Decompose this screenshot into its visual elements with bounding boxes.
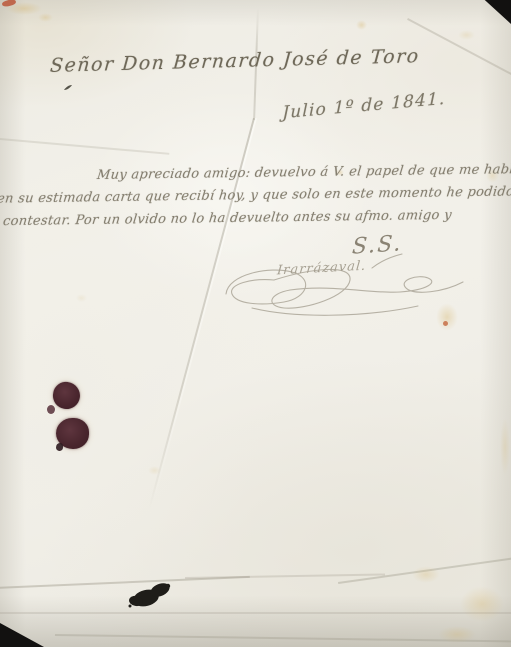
- crease-line: [0, 612, 511, 614]
- wax-seal-dot: [47, 405, 55, 414]
- background-corner: [0, 623, 44, 647]
- stain: [438, 626, 476, 643]
- stain: [356, 20, 367, 30]
- stain: [148, 466, 161, 475]
- body-line: Muy apreciado amigo: devuelvo á V. el pa…: [96, 162, 511, 183]
- crease-line: [185, 574, 385, 579]
- stain: [458, 30, 475, 40]
- body-line: contestar. Por un olvido no lo ha devuel…: [2, 208, 452, 229]
- wax-seal: [51, 380, 81, 410]
- salutation-line: Señor Don Bernardo José de Toro: [49, 45, 420, 77]
- wax-seal-speck: [56, 443, 63, 451]
- background-corner: [479, 0, 511, 24]
- stain: [76, 294, 87, 302]
- stain: [412, 566, 440, 583]
- letter-page: Señor Don Bernardo José de Toro Julio 1º…: [0, 0, 511, 647]
- crease-line: [0, 138, 169, 154]
- crease-line: [407, 18, 511, 76]
- letter-photo: Señor Don Bernardo José de Toro Julio 1º…: [0, 0, 511, 647]
- signature-flourish-icon: [222, 250, 467, 322]
- date-line: Julio 1º de 1841.: [282, 89, 446, 123]
- ink-blot: [120, 578, 180, 612]
- stain: [38, 13, 53, 22]
- stain: [500, 418, 510, 476]
- stain: [460, 586, 504, 622]
- body-line: en su estimada carta que recibí hoy, y q…: [0, 184, 511, 206]
- ink-speck: [63, 84, 73, 92]
